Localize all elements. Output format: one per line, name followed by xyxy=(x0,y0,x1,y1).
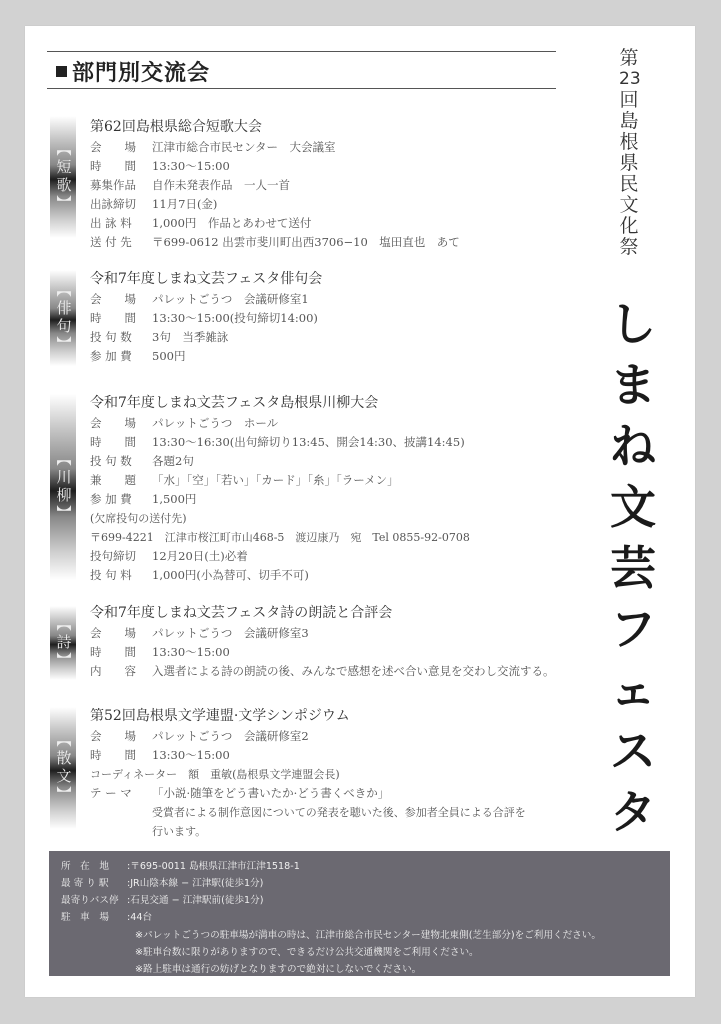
parking-note: ※路上駐車は通行の妨げとなりますので絶対にしないでください。 xyxy=(135,961,421,975)
coordinator: コーディネーター 額 重敏(島根県文学連盟会長) xyxy=(90,765,526,784)
info-row: 参 加 費500円 xyxy=(90,347,322,366)
parking-note: ※駐車台数に限りがありますので、できるだけ公共交通機関をご利用ください。 xyxy=(135,944,479,958)
info-row: 出 詠 料1,000円 作品とあわせて送付 xyxy=(90,214,460,233)
category-label-senryu: 【川 柳】 xyxy=(50,394,76,580)
info-row: 兼 題「水」「空」「若い」「カード」「糸」「ラーメン」 xyxy=(90,471,470,490)
absent-label: (欠席投句の送付先) xyxy=(90,509,470,528)
venue-row: 所 在 地:〒695-0011 島根県江津市江津1518-1 xyxy=(61,858,300,872)
info-row: 内 容入選者による詩の朗読の後、みんなで感想を述べ合い意見を交わし交流する。 xyxy=(90,662,555,681)
info-row: 送 付 先〒699-0612 出雲市斐川町出西3706−10 塩田直也 あて xyxy=(90,233,460,252)
venue-info-box: 所 在 地:〒695-0011 島根県江津市江津1518-1 最 寄 り 駅:J… xyxy=(49,851,670,976)
info-row: 会 場江津市総合市民センター 大会議室 xyxy=(90,138,460,157)
festival-title: し ま ね 文 芸 フ ェ ス タ xyxy=(608,294,658,843)
info-row: 時 間13:30〜16:30(出句締切り13:45、開会14:30、披講14:4… xyxy=(90,433,470,452)
category-label-poetry: 【詩】 xyxy=(50,606,76,680)
section-body: 令和7年度しまね文芸フェスタ島根県川柳大会 会 場パレットごうつ ホール 時 間… xyxy=(90,392,470,585)
event-title: 第52回島根県文学連盟·文学シンポジウム xyxy=(90,705,526,727)
info-row: 参 加 費1,500円 xyxy=(90,490,470,509)
category-label-haiku: 【俳 句】 xyxy=(50,270,76,366)
description: 受賞者による制作意図についての発表を聴いた後、参加者全員による合評を xyxy=(90,803,526,822)
section-header: 部門別交流会 xyxy=(47,51,556,89)
event-title: 令和7年度しまね文芸フェスタ島根県川柳大会 xyxy=(90,392,470,414)
page-title: 部門別交流会 xyxy=(72,56,210,87)
venue-row: 駐 車 場:44台 xyxy=(61,909,152,923)
section-body: 第52回島根県文学連盟·文学シンポジウム 会 場パレットごうつ 会議研修室2 時… xyxy=(90,705,526,841)
info-row: 投 句 数各題2句 xyxy=(90,452,470,471)
info-row: 投 句 料1,000円(小為替可、切手不可) xyxy=(90,566,470,585)
info-row: 会 場パレットごうつ ホール xyxy=(90,414,470,433)
info-row: 投 句 数3句 当季雑詠 xyxy=(90,328,322,347)
square-bullet-icon xyxy=(56,66,67,77)
info-row: 会 場パレットごうつ 会議研修室1 xyxy=(90,290,322,309)
event-title: 令和7年度しまね文芸フェスタ詩の朗読と合評会 xyxy=(90,602,555,624)
festival-subtitle: 第 23 回 島 根 県 民 文 化 祭 xyxy=(619,48,639,258)
flyer-page: 部門別交流会 【短 歌】 第62回島根県総合短歌大会 会 場江津市総合市民センタ… xyxy=(25,26,695,997)
info-row: テ ー マ「小説·随筆をどう書いたか·どう書くべきか」 xyxy=(90,784,526,803)
event-title: 令和7年度しまね文芸フェスタ俳句会 xyxy=(90,268,322,290)
info-row: 時 間13:30〜15:00 xyxy=(90,746,526,765)
info-row: 募集作品自作未発表作品 一人一首 xyxy=(90,176,460,195)
venue-row: 最寄りバス停:石見交通 − 江津駅前(徒歩1分) xyxy=(61,892,264,906)
category-label-prose: 【散 文】 xyxy=(50,707,76,829)
info-row: 会 場パレットごうつ 会議研修室3 xyxy=(90,624,555,643)
absent-address: 〒699-4221 江津市桜江町市山468-5 渡辺康乃 宛 Tel 0855-… xyxy=(90,528,470,547)
info-row: 時 間13:30〜15:00 xyxy=(90,157,460,176)
section-body: 第62回島根県総合短歌大会 会 場江津市総合市民センター 大会議室 時 間13:… xyxy=(90,116,460,252)
info-row: 投句締切12月20日(土)必着 xyxy=(90,547,470,566)
info-row: 時 間13:30〜15:00(投句締切14:00) xyxy=(90,309,322,328)
event-title: 第62回島根県総合短歌大会 xyxy=(90,116,460,138)
parking-note: ※パレットごうつの駐車場が満車の時は、江津市総合市民センター建物北東側(芝生部分… xyxy=(135,927,601,941)
info-row: 出詠締切11月7日(金) xyxy=(90,195,460,214)
category-label-tanka: 【短 歌】 xyxy=(50,116,76,238)
description: 行います。 xyxy=(90,822,526,841)
section-body: 令和7年度しまね文芸フェスタ俳句会 会 場パレットごうつ 会議研修室1 時 間1… xyxy=(90,268,322,366)
info-row: 時 間13:30〜15:00 xyxy=(90,643,555,662)
info-row: 会 場パレットごうつ 会議研修室2 xyxy=(90,727,526,746)
section-body: 令和7年度しまね文芸フェスタ詩の朗読と合評会 会 場パレットごうつ 会議研修室3… xyxy=(90,602,555,681)
venue-row: 最 寄 り 駅:JR山陰本線 − 江津駅(徒歩1分) xyxy=(61,875,263,889)
